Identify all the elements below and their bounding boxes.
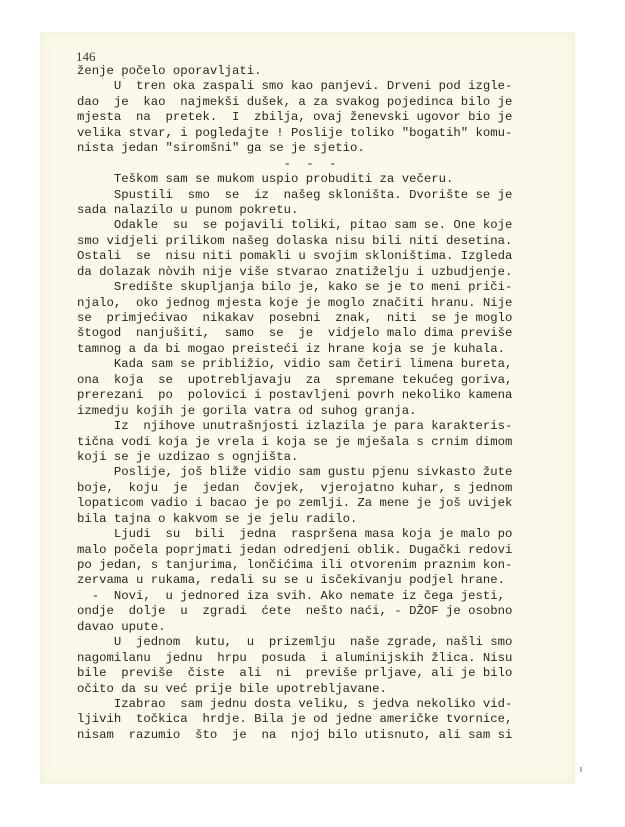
text-line: nagomilanu jednu hrpu posuda i aluminijs… — [77, 651, 547, 666]
text-line: boje, koju je jedan čovjek, vjerojatno k… — [77, 481, 547, 496]
text-line: davao upute. — [77, 620, 547, 635]
text-line: Odakle su se pojavili toliki, pitao sam … — [77, 218, 547, 233]
text-line: Iz njihove unutrašnjosti izlazila je par… — [77, 419, 547, 434]
text-line: tična vodi koja je vrela i koja se je mj… — [77, 435, 547, 450]
text-line: da dolazak nòvih nije više stvarao znati… — [77, 265, 547, 280]
text-line: Poslije, još bliže vidio sam gustu pjenu… — [77, 465, 547, 480]
text-line: Teškom sam se mukom uspio probuditi za v… — [77, 172, 547, 187]
text-line: koji se je uzdizao s ognjišta. — [77, 450, 547, 465]
text-line: ženje počelo oporavljati. — [77, 64, 547, 79]
text-line: prerezani po polovici i postavljeni povr… — [77, 388, 547, 403]
text-line: bila tajna o kakvom se je jelu radilo. — [77, 512, 547, 527]
text-line: ljivih točkica hrdje. Bila je od jedne a… — [77, 712, 547, 727]
text-line: Središte skupljanja bilo je, kako se je … — [77, 280, 547, 295]
body-text: ženje počelo oporavljati. U tren oka zas… — [77, 64, 547, 743]
text-line: mjesta na pretek. I zbilja, ovaj ženevsk… — [77, 110, 547, 125]
text-line: nisam razumio što je na njoj bilo utisnu… — [77, 728, 547, 743]
text-line: ona koja se upotrebljavaju za spremane t… — [77, 373, 547, 388]
text-line: Ljudi su bili jedna raspršena masa koja … — [77, 527, 547, 542]
text-line: bile previše čiste ali ni previše prljav… — [77, 666, 547, 681]
text-line: velika stvar, i pogledajte ! Poslije tol… — [77, 126, 547, 141]
text-line: se primjećivao nikakav posebni znak, nit… — [77, 311, 547, 326]
text-line: tamnog a da bi mogao preisteći iz hrane … — [77, 342, 547, 357]
text-line: očito da su već prije bile upotrebljavan… — [77, 682, 547, 697]
text-line: njalo, oko jednog mjesta koje je moglo z… — [77, 296, 547, 311]
text-line: štogod nanjušiti, samo se je vidjelo mal… — [77, 326, 547, 341]
page-number: 146 — [76, 49, 96, 65]
text-line: nista jedan "siromšni" ga se je sjetio. — [77, 141, 547, 156]
text-line: lopaticom vadio i bacao je po zemlji. Za… — [77, 496, 547, 511]
text-line: dao je kao najmekši dušek, a za svakog p… — [77, 95, 547, 110]
text-line: Spustili smo se iz našeg skloništa. Dvor… — [77, 188, 547, 203]
text-line: - Novi, u jednored iza svih. Ako nemate … — [77, 589, 547, 604]
text-line: Kada sam se približio, vidio sam četiri … — [77, 357, 547, 372]
text-line: po jedan, s tanjurima, lončićima ili otv… — [77, 558, 547, 573]
scan-artifact — [580, 767, 582, 772]
text-line: izmedju kojih je gorila vatra od suhog g… — [77, 404, 547, 419]
text-line: smo vidjeli prilikom našeg dolaska nisu … — [77, 234, 547, 249]
section-separator: - - - — [77, 157, 547, 172]
text-line: Izabrao sam jednu dosta veliku, s jedva … — [77, 697, 547, 712]
text-line: ondje dolje u zgradi ćete nešto naći, - … — [77, 604, 547, 619]
text-line: U tren oka zaspali smo kao panjevi. Drve… — [77, 79, 547, 94]
text-line: U jednom kutu, u prizemlju naše zgrade, … — [77, 635, 547, 650]
text-line: malo počela poprjmati jedan odredjeni ob… — [77, 543, 547, 558]
text-line: zervama u rukama, redali su se u isčekiv… — [77, 573, 547, 588]
text-line: sada nalazilo u punom pokretu. — [77, 203, 547, 218]
text-line: Ostali se nisu niti pomakli u svojim skl… — [77, 249, 547, 264]
